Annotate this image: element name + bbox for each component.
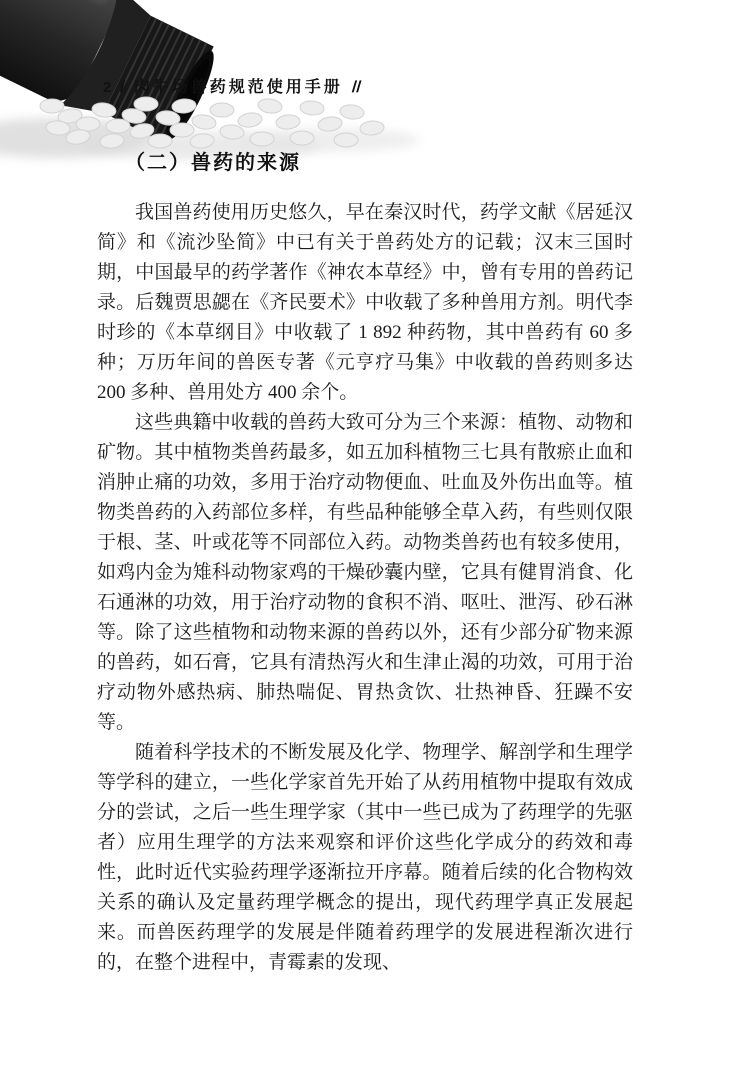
- running-head-slash: /: [119, 79, 125, 97]
- section-heading: （二）兽药的来源: [97, 150, 633, 176]
- page-content: （二）兽药的来源 我国兽药使用历史悠久，早在秦汉时代，药学文献《居延汉简》和《流…: [97, 150, 633, 978]
- body-text: 我国兽药使用历史悠久，早在秦汉时代，药学文献《居延汉简》和《流沙坠简》中已有关于…: [97, 198, 633, 978]
- book-title: 肉牛场兽药规范使用手册: [134, 74, 343, 97]
- body-paragraph-2: 这些典籍中收载的兽药大致可分为三个来源：植物、动物和矿物。其中植物类兽药最多，如…: [97, 408, 633, 738]
- pills-icon: [40, 97, 385, 149]
- page-number: 2: [103, 79, 111, 96]
- running-head-end-slash: //: [351, 79, 362, 97]
- body-paragraph-3: 随着科学技术的不断发展及化学、物理学、解剖学和生理学等学科的建立，一些化学家首先…: [97, 738, 633, 978]
- body-paragraph-1: 我国兽药使用历史悠久，早在秦汉时代，药学文献《居延汉简》和《流沙坠简》中已有关于…: [97, 198, 633, 408]
- running-head: 2 / 肉牛场兽药规范使用手册 //: [103, 74, 361, 97]
- book-page: 2 / 肉牛场兽药规范使用手册 // （二）兽药的来源 我国兽药使用历史悠久，早…: [0, 0, 730, 1080]
